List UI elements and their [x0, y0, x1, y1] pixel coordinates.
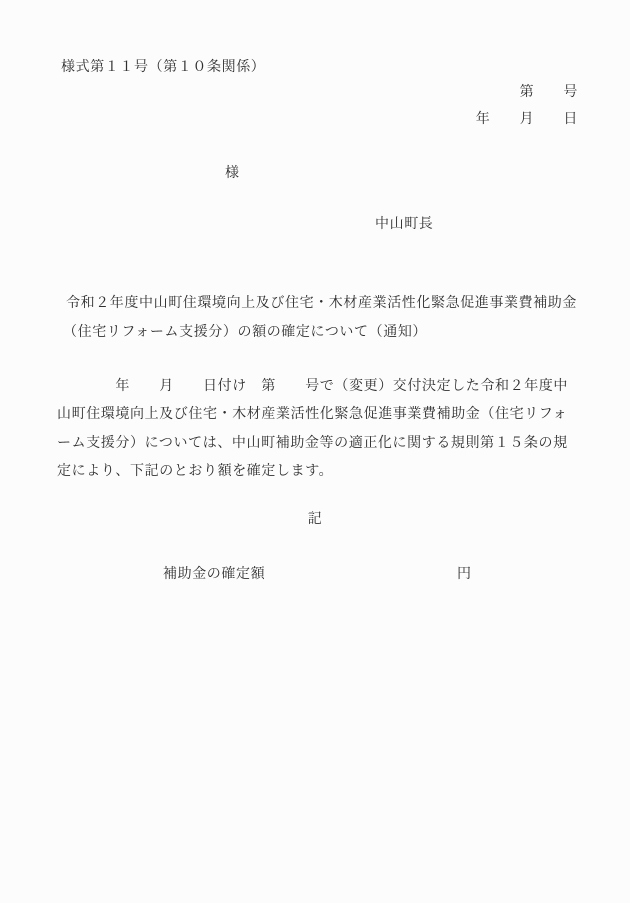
- recipient-honorific: 様: [225, 166, 240, 182]
- amount-label: 補助金の確定額: [163, 567, 265, 583]
- body-line-3: ーム支援分）については、中山町補助金等の適正化に関する規則第１５条の規: [57, 436, 568, 452]
- body-line-2: 山町住環境向上及び住宅・木材産業活性化緊急促進事業費補助金（住宅リフォ: [57, 407, 567, 423]
- form-number: 様式第１１号（第１０条関係）: [61, 60, 265, 76]
- ki-marker: 記: [0, 512, 630, 528]
- body-line-4: 定により、下記のとおり額を確定します。: [57, 464, 333, 480]
- sender-name: 中山町長: [375, 217, 433, 233]
- date-blank: 年 月 日: [476, 112, 578, 128]
- amount-unit: 円: [457, 567, 472, 583]
- document-page: 様式第１１号（第１０条関係） 第 号 年 月 日 様 中山町長 令和２年度中山町…: [0, 0, 630, 903]
- subject-line-1: 令和２年度中山町住環境向上及び住宅・木材産業活性化緊急促進事業費補助金: [66, 296, 577, 312]
- amount-row: 補助金の確定額 円: [0, 567, 630, 631]
- subject-line-2: （住宅リフォーム支援分）の額の確定について（通知）: [63, 325, 427, 341]
- document-number-blank: 第 号: [520, 85, 578, 101]
- body-line-1: 年 月 日付け 第 号で（変更）交付決定した令和２年度中: [57, 379, 568, 395]
